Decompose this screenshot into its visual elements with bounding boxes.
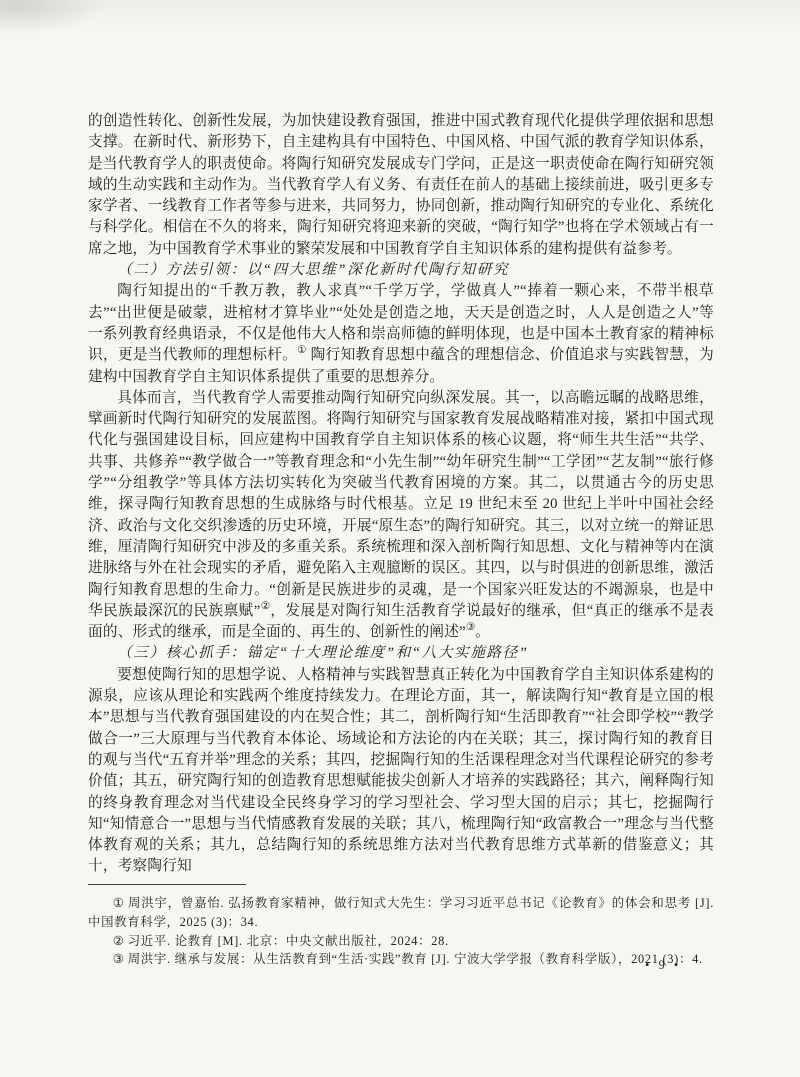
footnote-marker: ② [113, 934, 124, 948]
body-paragraph: 的创造性转化、创新性发展，为加快建设教育强国，推进中国式教育现代化提供学理依据和… [88, 111, 714, 260]
page-number: • 9 • [645, 958, 681, 973]
text-run: 要想使陶行知的思想学说、人格精神与实践智慧真正转化为中国教育学自主知识体系建构的… [88, 667, 714, 875]
footnote-item: ② 习近平. 论教育 [M]. 北京：中央文献出版社，2024：28. [88, 932, 714, 951]
footnote-marker: ③ [113, 952, 124, 966]
footnote-reference: ① [297, 345, 307, 356]
section-heading: （三）核心抓手：锚定“十大理论维度”和“八大实施路径” [88, 643, 714, 664]
footnote-item: ③ 周洪宇. 继承与发展：从生活教育到“生活·实践”教育 [J]. 宁波大学学报… [88, 950, 714, 969]
text-run: （二）方法引领：以“四大思维”深化新时代陶行知研究 [117, 262, 509, 278]
text-run: 。 [475, 624, 490, 640]
footnote-list: ① 周洪宇，曾嘉怡. 弘扬教育家精神，做行知式大先生：学习习近平总书记《论教育》… [88, 894, 714, 969]
footnote-reference: ② [260, 601, 270, 612]
footnote-reference: ③ [466, 622, 475, 633]
section-heading: （二）方法引领：以“四大思维”深化新时代陶行知研究 [88, 260, 714, 281]
text-run: 具体而言，当代教育学人需要推动陶行知研究向纵深发展。其一，以高瞻远瞩的战略思维，… [88, 390, 714, 619]
body-paragraph: 具体而言，当代教育学人需要推动陶行知研究向纵深发展。其一，以高瞻远瞩的战略思维，… [88, 388, 714, 644]
footnote-separator [88, 884, 246, 885]
text-run: 的创造性转化、创新性发展，为加快建设教育强国，推进中国式教育现代化提供学理依据和… [88, 113, 714, 257]
body-paragraph: 要想使陶行知的思想学说、人格精神与实践智慧真正转化为中国教育学自主知识体系建构的… [88, 665, 714, 878]
text-run: （三）核心抓手：锚定“十大理论维度”和“八大实施路径” [117, 645, 528, 661]
footnote-marker: ① [113, 896, 124, 910]
footnote-area: ① 周洪宇，曾嘉怡. 弘扬教育家精神，做行知式大先生：学习习近平总书记《论教育》… [88, 884, 714, 969]
body-paragraph: 陶行知提出的“千教万教，教人求真”“千学万学，学做真人”“捧着一颗心来，不带半根… [88, 281, 714, 387]
article-body: 的创造性转化、创新性发展，为加快建设教育强国，推进中国式教育现代化提供学理依据和… [88, 111, 714, 878]
document-page: 的创造性转化、创新性发展，为加快建设教育强国，推进中国式教育现代化提供学理依据和… [0, 0, 800, 1077]
footnote-item: ① 周洪宇，曾嘉怡. 弘扬教育家精神，做行知式大先生：学习习近平总书记《论教育》… [88, 894, 714, 932]
